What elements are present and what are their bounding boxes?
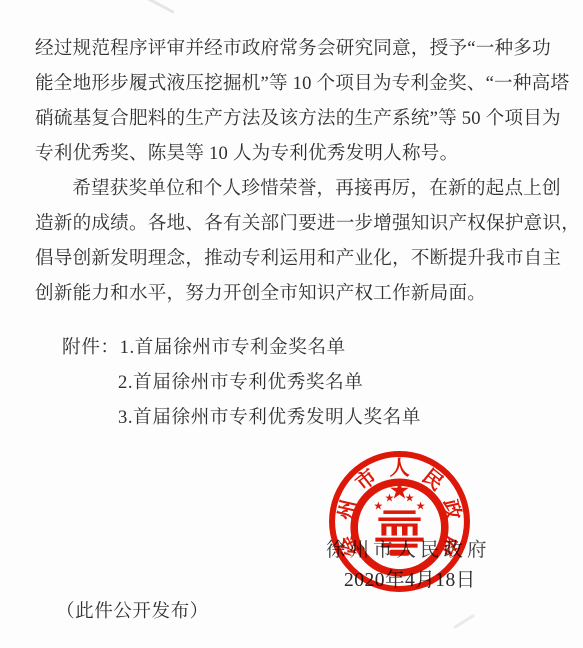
body-line: 创新能力和水平，努力开创全市知识产权工作新局面。 [35, 276, 553, 311]
attachment-item: 2.首届徐州市专利优秀奖名单 [118, 372, 363, 393]
public-release-note: （此件公开发布） [56, 597, 209, 623]
body-line: 倡导创新发明理念，推动专利运用和产业化，不断提升我市自主 [35, 241, 553, 276]
body-line: 希望获奖单位和个人珍惜荣誉，再接再厉，在新的起点上创 [35, 171, 553, 206]
body-line: 经过规范程序评审并经市政府常务会研究同意，授予“一种多功 [35, 31, 553, 66]
scan-artifact [453, 614, 475, 629]
attachments-block: 附件：1.首届徐州市专利金奖名单 2.首届徐州市专利优秀奖名单 3.首届徐州市专… [62, 330, 421, 435]
body-line: 专利优秀奖、陈昊等 10 人为专利优秀发明人称号。 [35, 136, 553, 171]
scan-artifact [143, 0, 174, 14]
seal-char: 人 [389, 457, 409, 480]
svg-text:★: ★ [416, 499, 426, 512]
svg-text:★: ★ [405, 491, 415, 504]
attachment-item: 3.首届徐州市专利优秀发明人奖名单 [118, 407, 421, 428]
body-line: 能全地形步履式液压挖掘机”等 10 个项目为专利金奖、“一种高塔 [35, 66, 553, 101]
seal-char: 州 [334, 497, 361, 522]
attachment-item: 1.首届徐州市专利金奖名单 [120, 337, 346, 358]
document-page: 经过规范程序评审并经市政府常务会研究同意，授予“一种多功 能全地形步履式液压挖掘… [0, 0, 583, 648]
svg-text:★: ★ [373, 499, 383, 512]
svg-text:★: ★ [384, 491, 394, 504]
attachments-label: 附件： [62, 337, 120, 358]
body-text: 经过规范程序评审并经市政府常务会研究同意，授予“一种多功 能全地形步履式液压挖掘… [35, 31, 553, 311]
body-line: 硝硫基复合肥料的生产方法及该方法的生产系统”等 50 个项目为 [35, 101, 553, 136]
official-seal: ★ ★ ★ ★ ★ 徐州市人民政府 [326, 448, 473, 595]
body-line: 造新的成绩。各地、各有关部门要进一步增强知识产权保护意识， [35, 206, 553, 241]
